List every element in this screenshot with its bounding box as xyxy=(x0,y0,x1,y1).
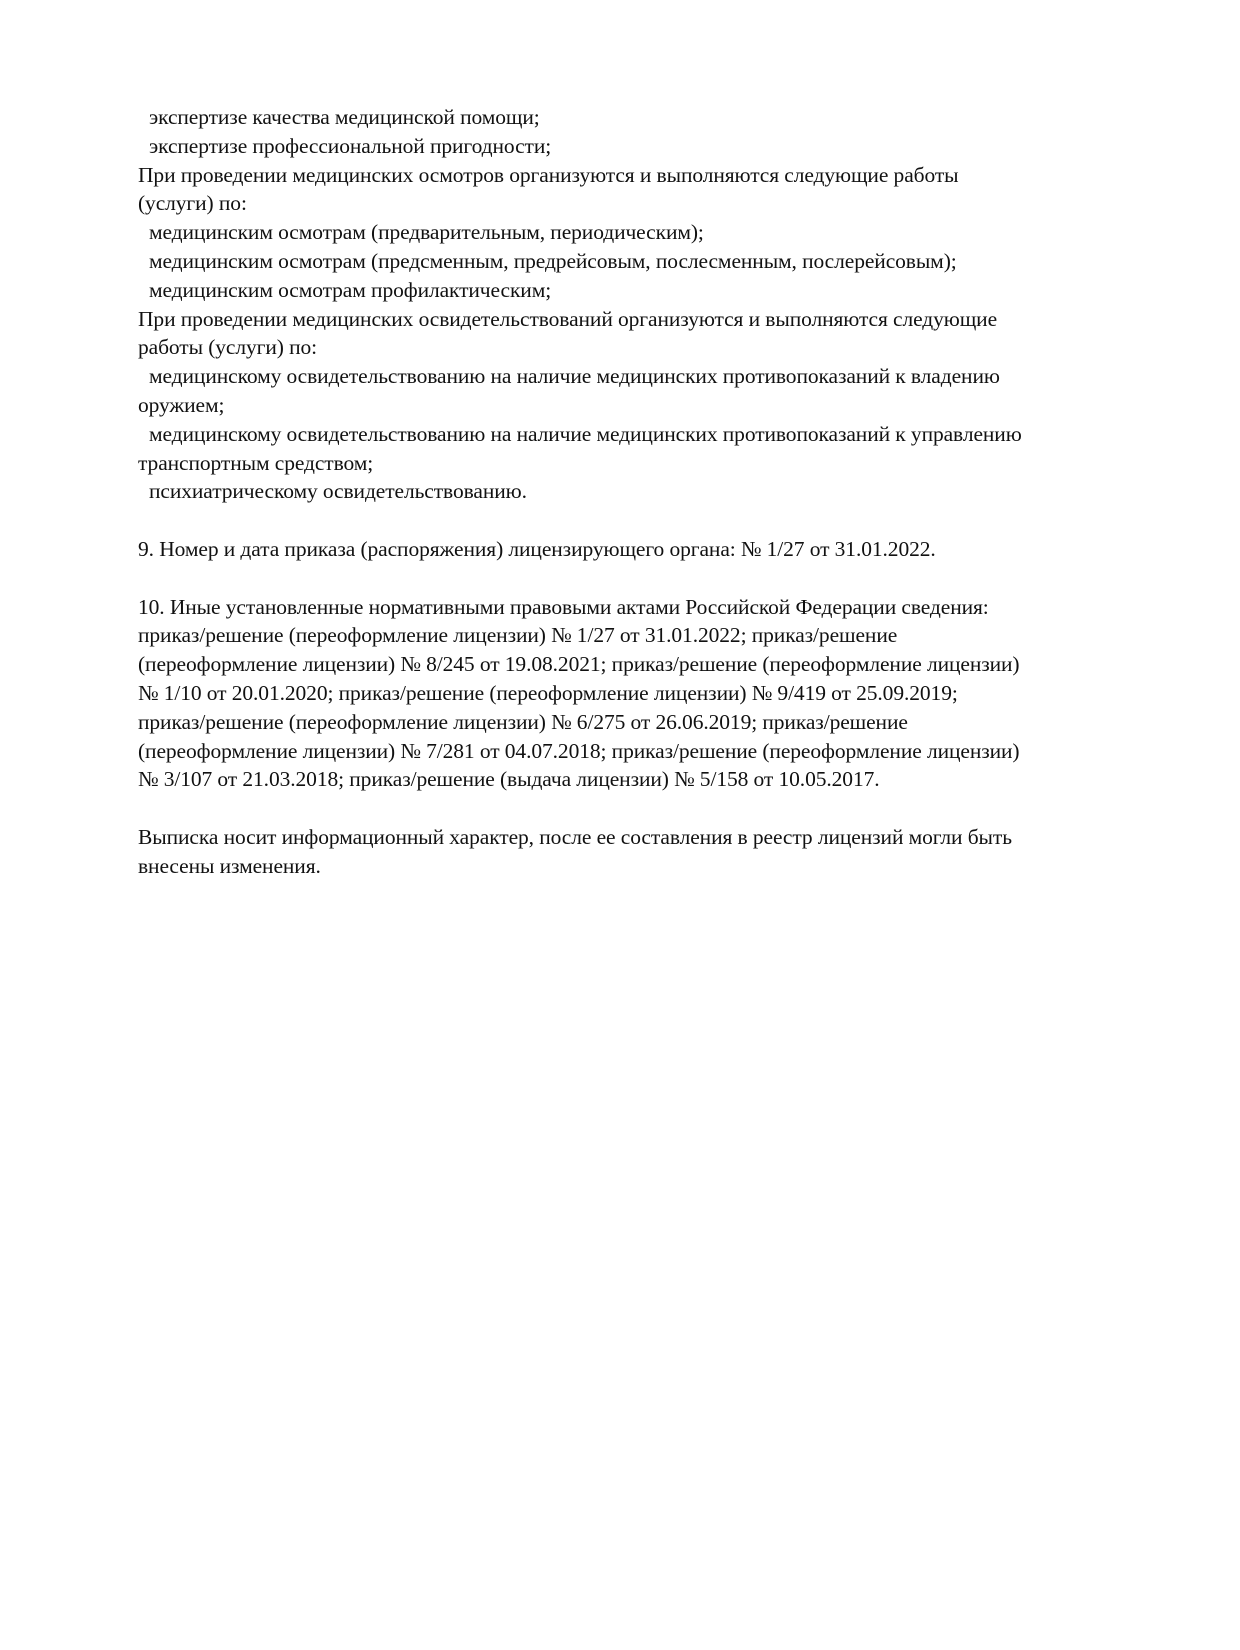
service-line: экспертизе профессиональной пригодности; xyxy=(138,132,1138,161)
services-list: экспертизе качества медицинской помощи; … xyxy=(138,103,1138,506)
disclaimer: Выписка носит информационный характер, п… xyxy=(138,823,1138,881)
service-heading-line: (услуги) по: xyxy=(138,189,1138,218)
section-10-line: № 3/107 от 21.03.2018; приказ/решение (в… xyxy=(138,765,1138,794)
disclaimer-line: внесены изменения. xyxy=(138,852,1138,881)
spacer xyxy=(138,506,1138,535)
section-10-line: приказ/решение (переоформление лицензии)… xyxy=(138,621,1138,650)
service-line: медицинским осмотрам (предварительным, п… xyxy=(138,218,1138,247)
service-line: психиатрическому освидетельствованию. xyxy=(138,477,1138,506)
service-heading-line: При проведении медицинских осмотров орга… xyxy=(138,161,1138,190)
disclaimer-line: Выписка носит информационный характер, п… xyxy=(138,823,1138,852)
service-line-continuation: оружием; xyxy=(138,391,1138,420)
section-10-line: (переоформление лицензии) № 7/281 от 04.… xyxy=(138,737,1138,766)
section-10-other-info: 10. Иные установленные нормативными прав… xyxy=(138,593,1138,795)
section-10-line: (переоформление лицензии) № 8/245 от 19.… xyxy=(138,650,1138,679)
service-line: экспертизе качества медицинской помощи; xyxy=(138,103,1138,132)
service-heading-line: работы (услуги) по: xyxy=(138,333,1138,362)
section-10-line: приказ/решение (переоформление лицензии)… xyxy=(138,708,1138,737)
service-line: медицинскому освидетельствованию на нали… xyxy=(138,420,1138,449)
document-page: экспертизе качества медицинской помощи; … xyxy=(138,103,1138,881)
spacer xyxy=(138,794,1138,823)
section-9-line: 9. Номер и дата приказа (распоряжения) л… xyxy=(138,535,1138,564)
service-heading-line: При проведении медицинских освидетельств… xyxy=(138,305,1138,334)
service-line-continuation: транспортным средством; xyxy=(138,449,1138,478)
section-10-line: № 1/10 от 20.01.2020; приказ/решение (пе… xyxy=(138,679,1138,708)
section-9-order-info: 9. Номер и дата приказа (распоряжения) л… xyxy=(138,535,1138,564)
service-line: медицинскому освидетельствованию на нали… xyxy=(138,362,1138,391)
spacer xyxy=(138,564,1138,593)
service-line: медицинским осмотрам (предсменным, предр… xyxy=(138,247,1138,276)
service-line: медицинским осмотрам профилактическим; xyxy=(138,276,1138,305)
section-10-line: 10. Иные установленные нормативными прав… xyxy=(138,593,1138,622)
